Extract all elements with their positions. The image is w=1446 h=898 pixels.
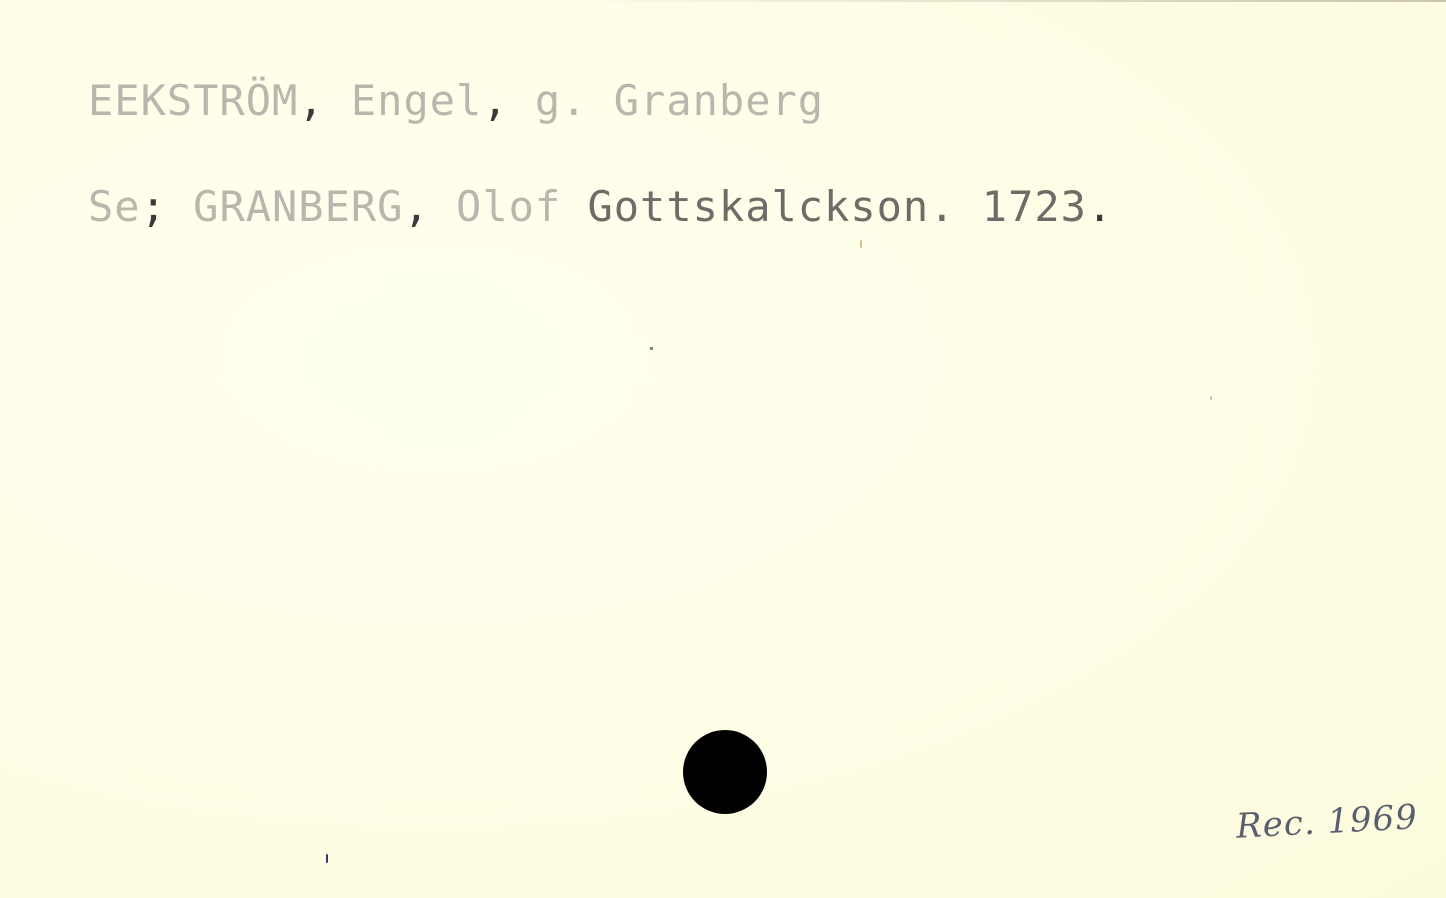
ink-speck [650,347,653,350]
punch-hole [683,730,767,814]
separator: , [298,76,351,125]
reference-given-name: Olof [456,182,561,231]
see-label: Se [88,182,141,231]
separator: ; [141,182,194,231]
given-name: Engel [351,76,482,125]
ink-speck [1210,396,1212,400]
surname: EEKSTRÖM [88,76,298,125]
separator: . [1087,182,1113,231]
typed-line-reference: Se; GRANBERG, Olof Gottskalckson. 1723. [88,186,1113,228]
index-card: EEKSTRÖM, Engel, g. Granberg Se; GRANBER… [0,0,1446,898]
reference-surname: GRANBERG [193,182,403,231]
separator: , [403,182,456,231]
reference-year: 1723 [982,182,1087,231]
separator: , [482,76,535,125]
card-top-edge [560,0,1446,2]
ink-speck [326,854,328,863]
married-abbrev: g. [535,76,588,125]
married-name: Granberg [614,76,824,125]
typed-line-name: EEKSTRÖM, Engel, g. Granberg [88,80,824,122]
reference-patronym: Gottskalckson. [587,182,955,231]
handwritten-note: Rec. 1969 [1235,797,1419,846]
ink-speck [860,240,862,248]
